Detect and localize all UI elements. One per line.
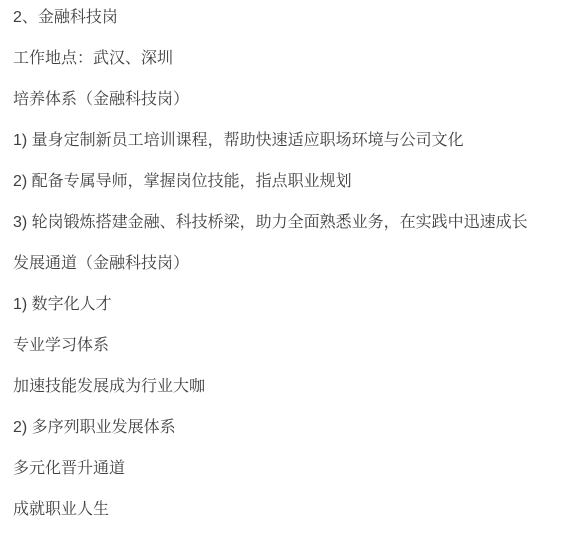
- career-learning-system: 专业学习体系: [13, 335, 550, 356]
- training-item-3: 3) 轮岗锻炼搭建金融、科技桥梁，助力全面熟悉业务，在实践中迅速成长: [13, 212, 550, 233]
- career-item-digital-talent: 1) 数字化人才: [13, 294, 550, 315]
- career-skill-growth: 加速技能发展成为行业大咖: [13, 376, 550, 397]
- career-promotion-channel: 多元化晋升通道: [13, 458, 550, 479]
- job-section-title: 2、金融科技岗: [13, 7, 550, 28]
- training-system-heading: 培养体系（金融科技岗）: [13, 89, 550, 110]
- career-item-multi-track: 2) 多序列职业发展体系: [13, 417, 550, 438]
- training-item-2: 2) 配备专属导师，掌握岗位技能，指点职业规划: [13, 171, 550, 192]
- career-achievement: 成就职业人生: [13, 499, 550, 520]
- work-location: 工作地点：武汉、深圳: [13, 48, 550, 69]
- career-path-heading: 发展通道（金融科技岗）: [13, 253, 550, 274]
- job-description-document: 2、金融科技岗 工作地点：武汉、深圳 培养体系（金融科技岗） 1) 量身定制新员…: [0, 0, 566, 537]
- training-item-1: 1) 量身定制新员工培训课程，帮助快速适应职场环境与公司文化: [13, 130, 550, 151]
